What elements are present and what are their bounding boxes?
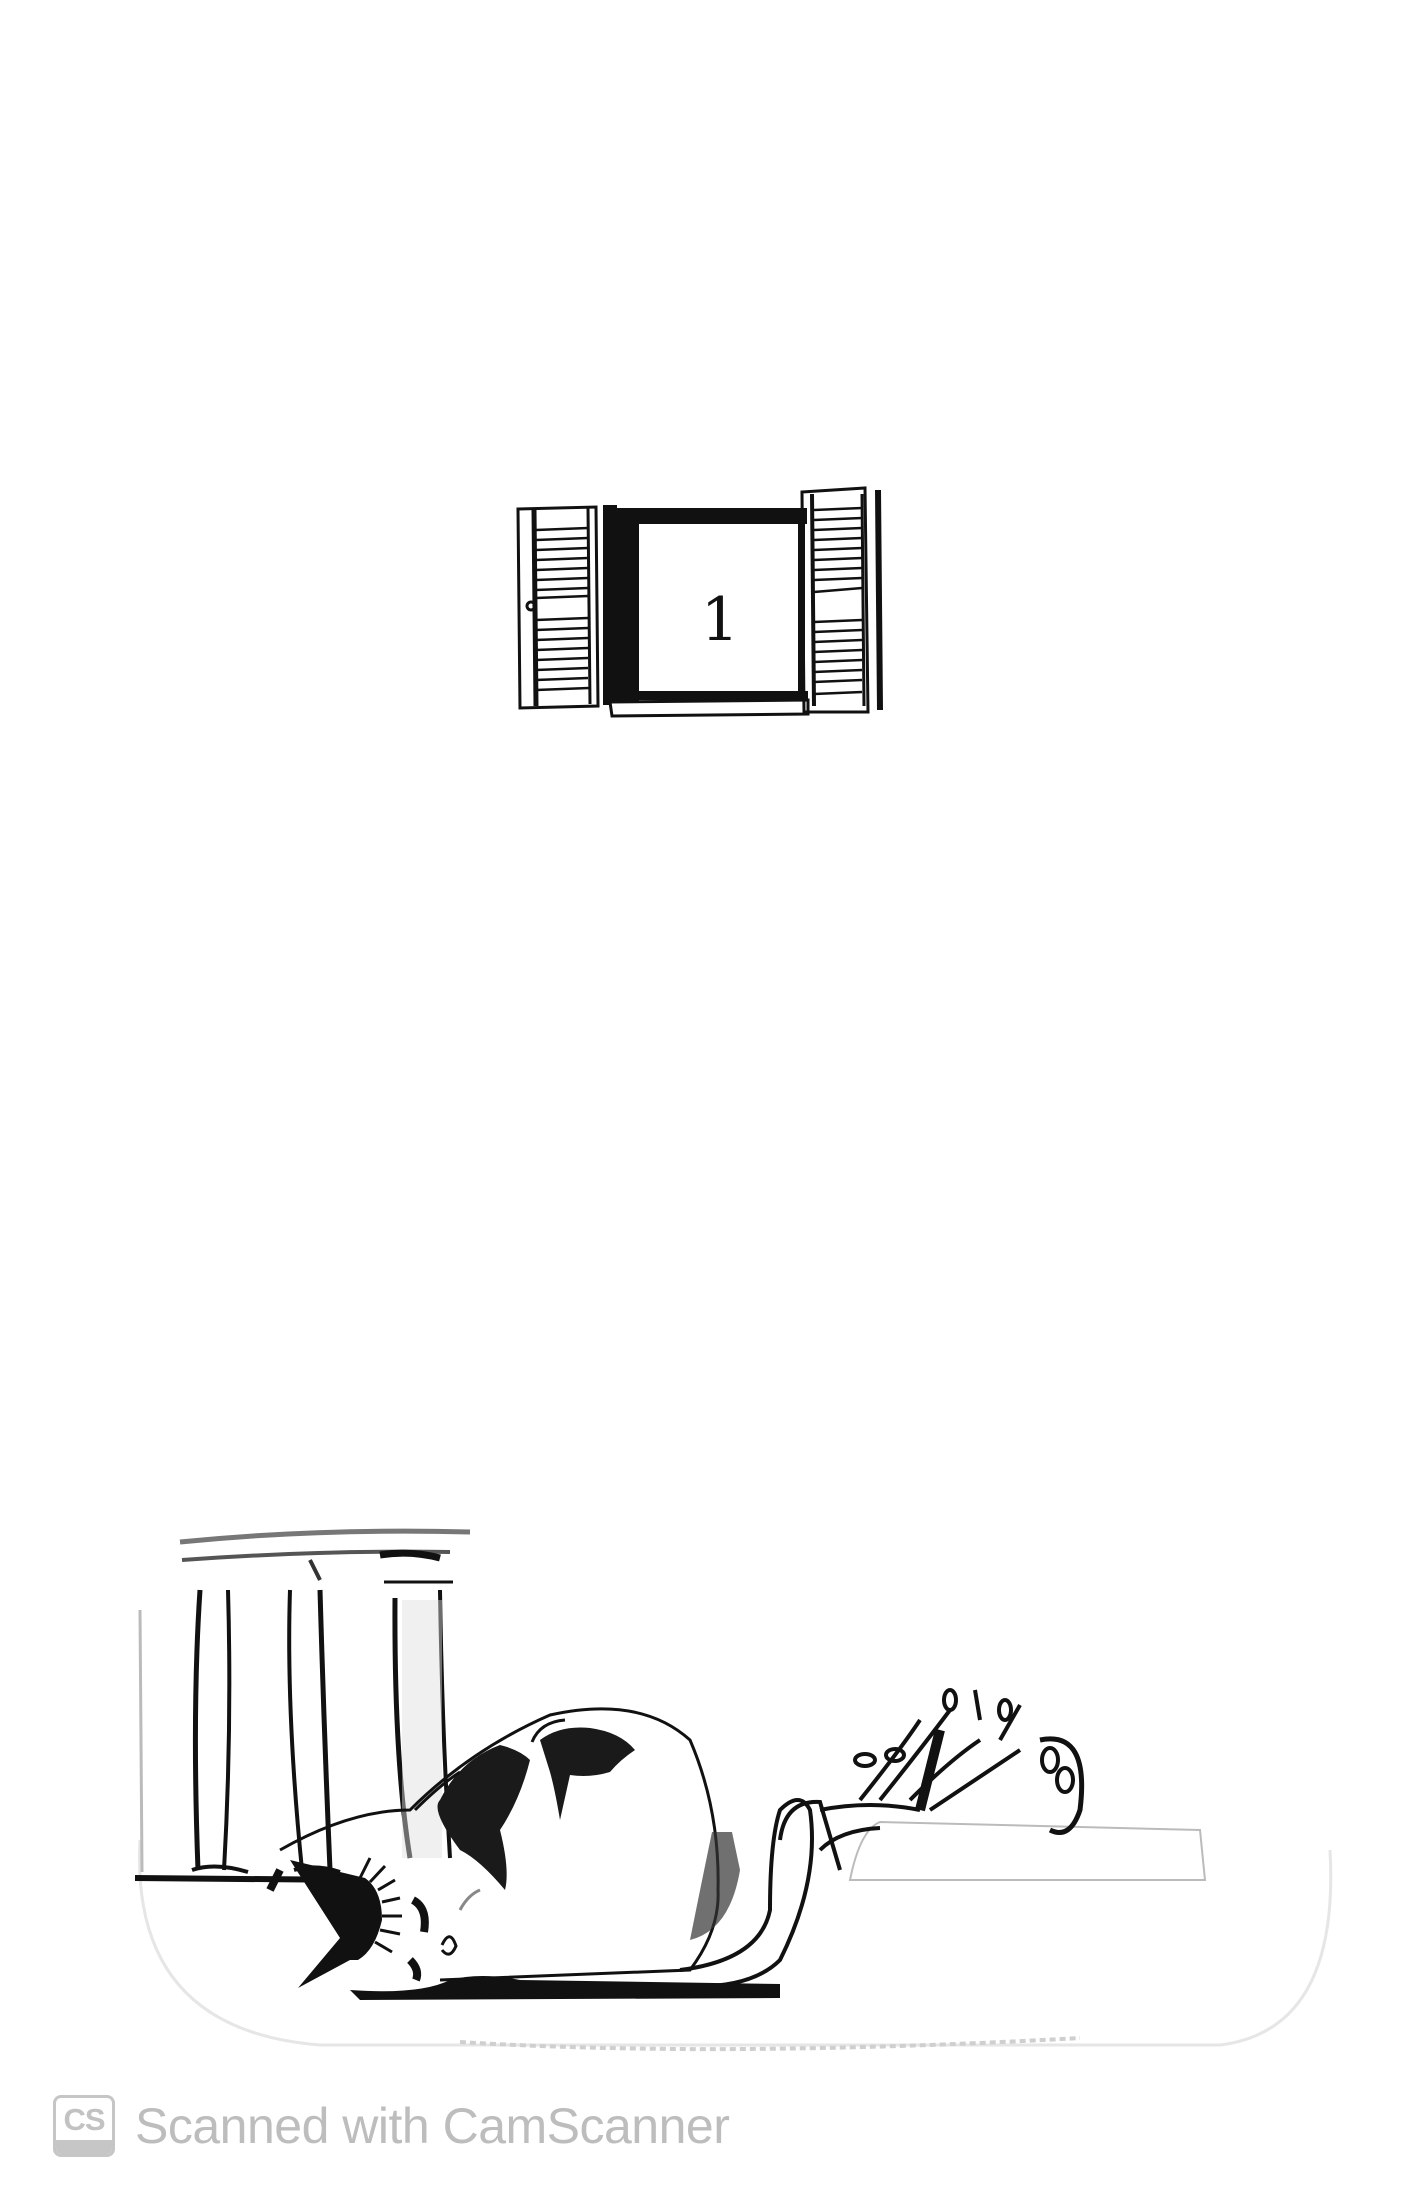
flower-pot (780, 1690, 1205, 1880)
scanned-page: 1 (0, 0, 1408, 2208)
right-shutter (802, 488, 880, 712)
greek-column-ruins (135, 1531, 470, 1880)
watermark-text: Scanned with CamScanner (135, 2097, 729, 2155)
left-shutter (518, 507, 598, 708)
camscanner-watermark: CS Scanned with CamScanner (53, 2093, 729, 2159)
chapter-number: 1 (690, 585, 750, 655)
sleeping-cat-ruins-icon (120, 1510, 1350, 2070)
scene-illustration (120, 1510, 1350, 2070)
logo-text: CS (56, 2102, 112, 2138)
camscanner-logo-icon: CS (53, 2095, 115, 2157)
window-illustration: 1 (510, 480, 890, 730)
sleeping-cat (270, 1709, 812, 2000)
logo-band (56, 2140, 112, 2154)
